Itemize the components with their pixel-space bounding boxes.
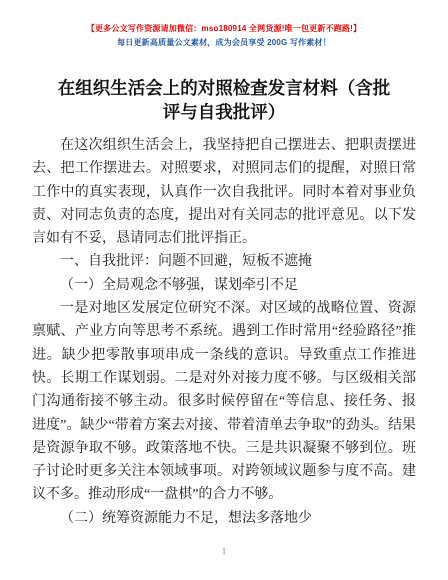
- promo-header: 【更多公文写作资源请加微信：mso180914 全网货源!唯一包更新不跑路!】 …: [0, 0, 448, 50]
- heading-self-criticism: 一、自我批评：问题不回避，短板不遮掩: [32, 250, 416, 273]
- page-number: 1: [0, 546, 448, 556]
- heading-subsection-1: （一）全局观念不够强，谋划牵引不足: [32, 274, 416, 297]
- document-title: 在组织生活会上的对照检查发言材料（含批评与自我批评）: [52, 76, 396, 124]
- paragraph-intro: 在这次组织生活会上，我坚持把自己摆进去、把职责摆进去、把工作摆进去。对照要求，对…: [32, 134, 416, 250]
- promo-line-wechat: 【更多公文写作资源请加微信：mso180914 全网货源!唯一包更新不跑路!】: [0, 22, 448, 36]
- heading-subsection-2: （二）统筹资源能力不足，想法多落地少: [32, 507, 416, 530]
- promo-line-membership: 每日更新高质量公文素材，成为会员享受 200G 写作素材！: [0, 36, 448, 50]
- document-page: 【更多公文写作资源请加微信：mso180914 全网货源!唯一包更新不跑路!】 …: [0, 0, 448, 580]
- document-body: 在这次组织生活会上，我坚持把自己摆进去、把职责摆进去、把工作摆进去。对照要求，对…: [32, 134, 416, 530]
- paragraph-subsection-1-detail: 一是对地区发展定位研究不深。对区域的战略位置、资源禀赋、产业方向等思考不系统。遇…: [32, 297, 416, 507]
